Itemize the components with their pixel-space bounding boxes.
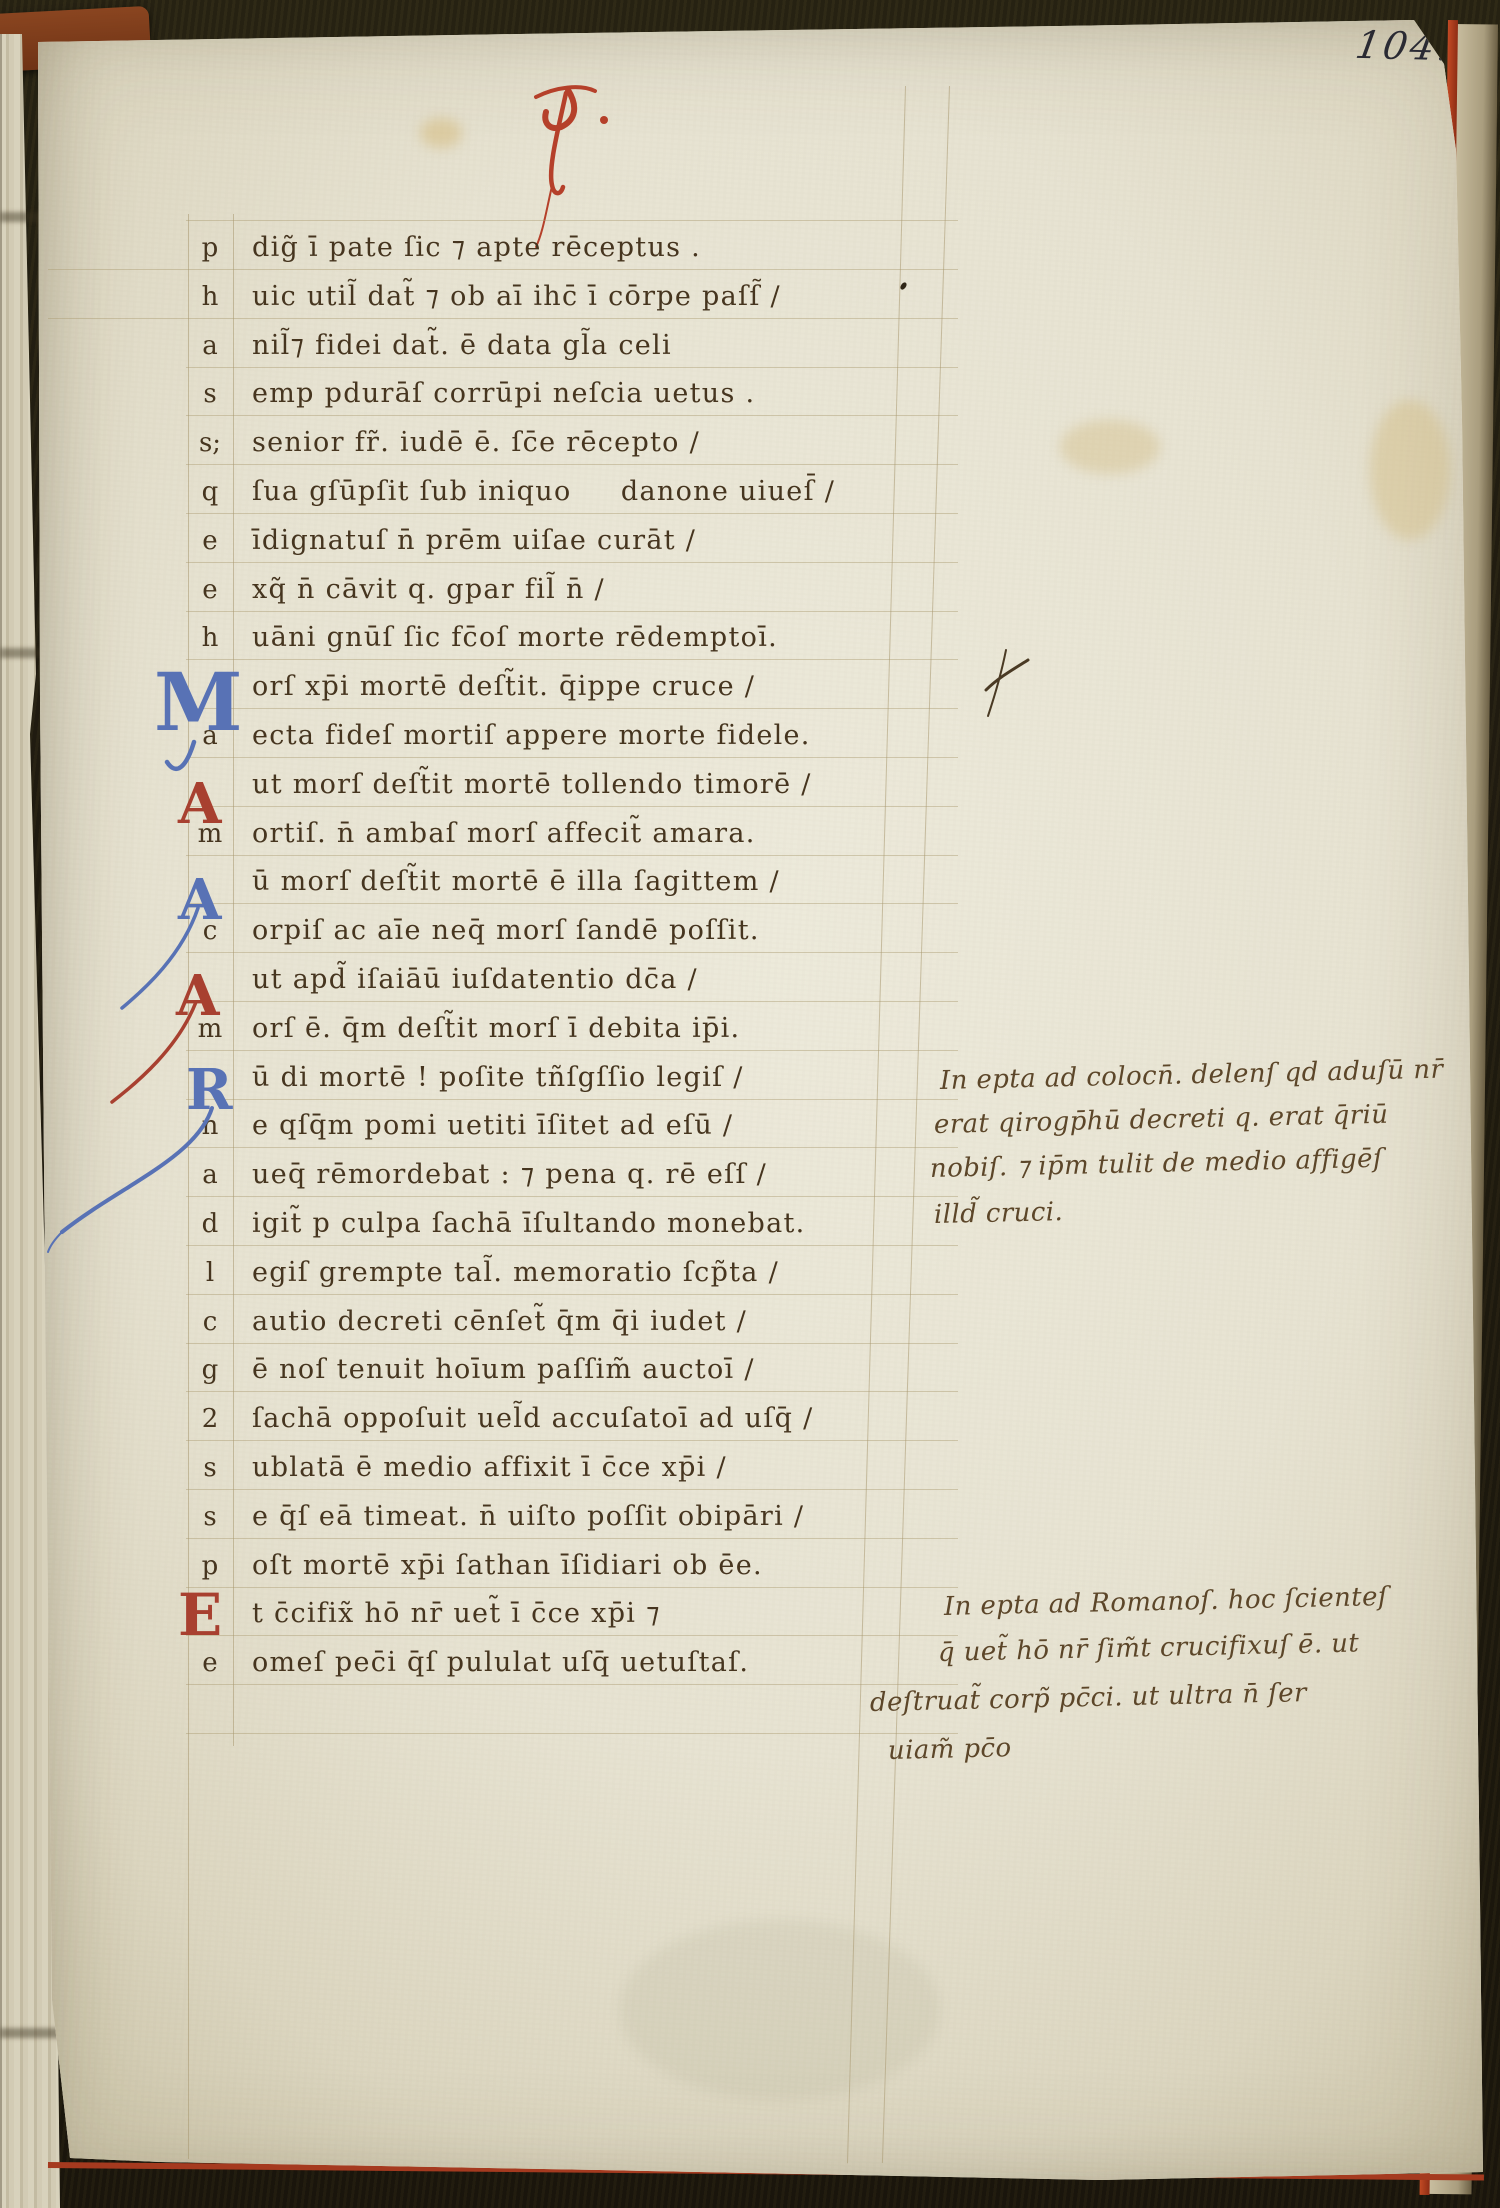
leaf-notch <box>0 2028 60 2038</box>
verse-line: ueq̄ rēmordebat : ⁊ pena q. rē eſſ ∕ <box>252 1159 767 1201</box>
line-initial: e <box>186 575 234 605</box>
verse-line: orſ ē. q̄m deſt̃it morſ ī debita ip̄i. <box>252 1013 740 1055</box>
verse-line: igit̃ p culpa ſachā īſultando monebat. <box>252 1208 806 1250</box>
verse-line: ublatā ē medio affixit ī c̄ce xp̄i ∕ <box>252 1452 727 1494</box>
rule-horizontal <box>186 1733 958 1734</box>
verse-line: ū morſ deſt̃it mortē ē illa ſagittem ∕ <box>252 866 780 908</box>
verse-line: egiſ grempte tal̃. memoratio ſcp̃ta ∕ <box>252 1257 779 1299</box>
verse-line: e q̄ſ eā timeat. n̄ uiſto poſſit obipāri… <box>252 1501 804 1543</box>
line-initial: s <box>186 1502 234 1532</box>
margin-note-line: q̄ uet̃ hō nr̄ ſim̃t crucifixuſ ē. ut <box>938 1628 1360 1668</box>
line-initial: c <box>186 1307 234 1337</box>
parchment-stain <box>620 1920 940 2100</box>
verse-line: omeſ pec̄i q̄ſ pululat uſq̄ uetuſtaſ. <box>252 1647 749 1689</box>
parchment-stain <box>1060 420 1160 474</box>
verse-line: orpiſ ac aīe neq̄ morſ ſandē poſſit. <box>252 915 760 957</box>
line-initial: s <box>186 379 234 409</box>
verse-line: ut apd̃ iſaiāū iuſdatentio dc̄a ∕ <box>252 964 698 1006</box>
verse-line: ortiſ. n̄ ambaſ morſ affecit̃ amara. <box>252 818 756 860</box>
rule-vertical <box>847 86 906 2163</box>
parchment-page: 104. dig̃ ī pate ſic ⁊ apte rēceptus .pu… <box>0 0 1500 2208</box>
line-initial: n <box>186 1111 234 1141</box>
line-initial: g <box>186 1355 234 1385</box>
line-initial: h <box>186 623 234 653</box>
line-initial: d <box>186 1209 234 1239</box>
verse-line: ut morſ deſt̃it mortē tollendo timorē ∕ <box>252 769 812 811</box>
verse-line: autio decreti cēnſet̃ q̄m q̄i iudet ∕ <box>252 1306 747 1348</box>
margin-note-line: nobiſ. ⁊ ip̄m tulit de medio affigēſ <box>930 1144 1384 1184</box>
verse-line: xq̃ n̄ cāvit q. gpar fil̃ n̄ ∕ <box>252 574 605 616</box>
line-initial: s; <box>186 428 234 458</box>
margin-note-line: illd̃ cruci. <box>934 1197 1064 1230</box>
margin-note-line: In epta ad Romanoſ. hoc ſcienteſ <box>944 1582 1389 1622</box>
margin-note-line: In epta ad colocn̄. delenſ qd aduſū nr̄ <box>940 1055 1444 1096</box>
rule-horizontal <box>186 220 958 221</box>
line-initial: q <box>186 477 234 507</box>
line-initial: p <box>186 1551 234 1581</box>
verse-line: ſachā oppoſuit uel̃d accuſatoī ad uſq̄ ∕ <box>252 1403 814 1445</box>
verse-line: oſt mortē xp̄i ſathan īſidiari ob ēe. <box>252 1550 763 1592</box>
verse-line: senior fr̃. iudē ē. ſc̄e rēcepto ∕ <box>252 427 700 469</box>
verse-line: uic util̃ dat̃ ⁊ ob aī ihc̄ ī cōrpe paſſ… <box>252 281 781 323</box>
line-initial: m <box>186 1014 234 1044</box>
manuscript-page-photo: 104. dig̃ ī pate ſic ⁊ apte rēceptus .pu… <box>0 0 1500 2208</box>
verse-line: emp pdurāſ corrūpi neſcia uetus . <box>252 378 755 420</box>
verse-line: ecta fideſ mortiſ appere morte fidele. <box>252 720 811 762</box>
line-initial: a <box>186 721 234 751</box>
verse-line: nil̃⁊ fidei dat̃. ē data gl̃a celi <box>252 330 672 372</box>
line-initial: a <box>186 331 234 361</box>
verse-line: e qſq̄m pomi uetiti īſitet ad eſū ∕ <box>252 1110 733 1152</box>
line-initial: h <box>186 282 234 312</box>
line-initial: 2 <box>186 1404 234 1434</box>
verse-line: ſua gſūpſit ſub iniquo danone uiueſ̄ ∕ <box>252 476 835 518</box>
line-initial: l <box>186 1258 234 1288</box>
verse-line: dig̃ ī pate ſic ⁊ apte rēceptus . <box>252 232 701 274</box>
illuminated-initial: R <box>186 1062 233 1118</box>
verse-line: ē noſ tenuit hoīum paſſim̃ auctoī ∕ <box>252 1354 755 1396</box>
margin-note-line: uiam̃ pc̄o <box>888 1733 1012 1766</box>
verse-line: orſ xp̄i mortē deſt̃it. q̄ippe cruce ∕ <box>252 671 755 713</box>
line-initial: c <box>186 916 234 946</box>
verse-line: īdignatuſ n̄ prēm uiſae curāt ∕ <box>252 525 696 567</box>
line-initial: s <box>186 1453 234 1483</box>
verse-line: uāni gnūſ ſic fc̄oſ morte rēdemptoī. <box>252 622 778 664</box>
line-initial: e <box>186 526 234 556</box>
illuminated-initial: E <box>178 1586 222 1644</box>
verse-line: t c̄cifix̃ hō nr̄ uet̃ ī c̄ce xp̄i ⁊ <box>252 1598 661 1640</box>
verse-line: ū di mortē ! poſite tñſgſſio legiſ ∕ <box>252 1062 744 1104</box>
parchment-stain <box>420 118 462 148</box>
line-initial: m <box>186 819 234 849</box>
margin-note-line: erat qirogp̄hū decreti q. erat q̄riū <box>934 1100 1389 1140</box>
line-initial: e <box>186 1648 234 1678</box>
parchment-stain <box>1370 400 1450 540</box>
line-initial: a <box>186 1160 234 1190</box>
line-initial: p <box>186 233 234 263</box>
